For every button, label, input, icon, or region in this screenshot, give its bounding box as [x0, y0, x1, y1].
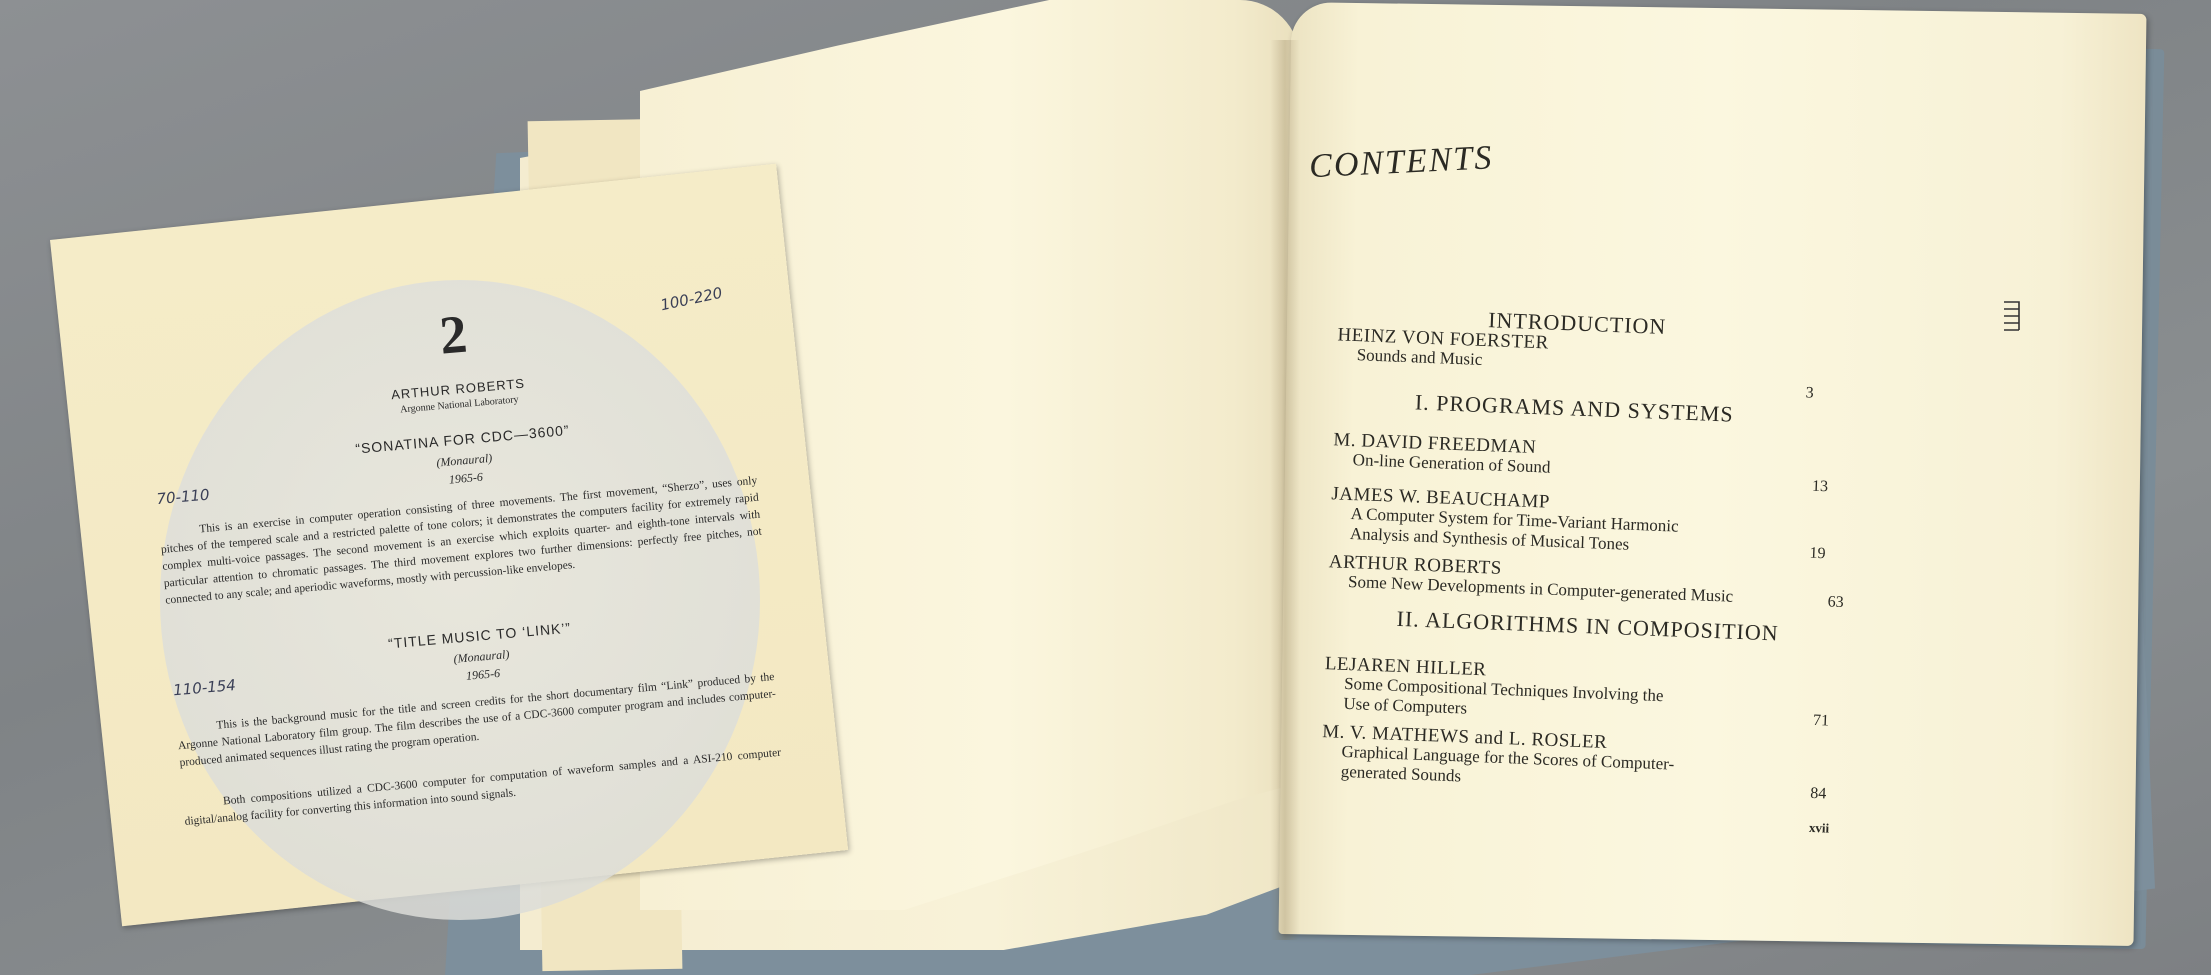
toc-page-number: 71: [1813, 712, 1830, 731]
thumb-index-tab-icon: [2003, 300, 2021, 332]
book-gutter: [1270, 40, 1300, 940]
toc-page-number: 84: [1810, 785, 1827, 804]
toc-page-number: 63: [1827, 593, 1844, 612]
book-photo: CONTENTS INTRODUCTION HEINZ VON FOERSTER…: [0, 0, 2211, 975]
toc-page-number: 3: [1805, 384, 1814, 402]
toc-page-number: 19: [1809, 545, 1826, 564]
page-folio: xvii: [1809, 820, 1830, 837]
toc-page-number: 13: [1812, 478, 1829, 497]
